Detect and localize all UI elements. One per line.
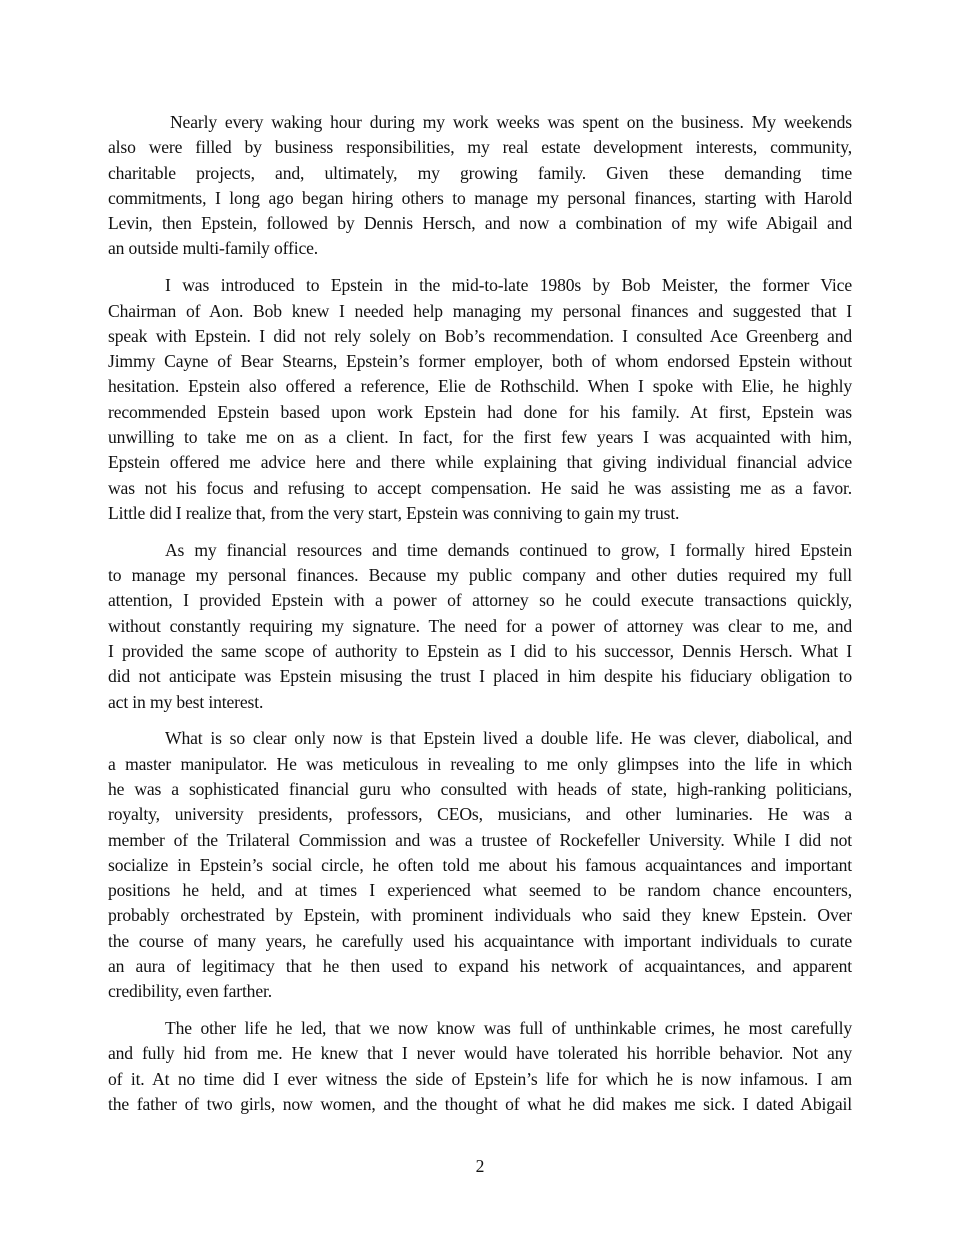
paragraph-line: an aura of legitimacy that he then used … — [108, 954, 852, 979]
paragraph-1: Nearly every waking hour during my work … — [108, 110, 852, 262]
paragraph-line: Nearly every waking hour during my work … — [108, 110, 852, 135]
paragraph-line: did not anticipate was Epstein misusing … — [108, 664, 852, 689]
paragraph-5: The other life he led, that we now know … — [108, 1016, 852, 1117]
paragraph-line: Levin, then Epstein, followed by Dennis … — [108, 211, 852, 236]
paragraph-line: charitable projects, and, ultimately, my… — [108, 161, 852, 186]
paragraph-line: Chairman of Aon. Bob knew I needed help … — [108, 299, 852, 324]
paragraph-line: without constantly requiring my signatur… — [108, 614, 852, 639]
paragraph-line: What is so clear only now is that Epstei… — [108, 726, 852, 751]
paragraph-line: probably orchestrated by Epstein, with p… — [108, 903, 852, 928]
paragraph-line: credibility, even farther. — [108, 979, 852, 1004]
paragraph-line: the father of two girls, now women, and … — [108, 1092, 852, 1117]
paragraph-line: act in my best interest. — [108, 690, 852, 715]
paragraph-line: speak with Epstein. I did not rely solel… — [108, 324, 852, 349]
paragraph-line: an outside multi-family office. — [108, 236, 852, 261]
paragraph-line: and fully hid from me. He knew that I ne… — [108, 1041, 852, 1066]
paragraph-line: I was introduced to Epstein in the mid-t… — [108, 273, 852, 298]
paragraph-line: unwilling to take me on as a client. In … — [108, 425, 852, 450]
paragraph-line: to manage my personal finances. Because … — [108, 563, 852, 588]
paragraph-line: Little did I realize that, from the very… — [108, 501, 852, 526]
paragraph-line: was not his focus and refusing to accept… — [108, 476, 852, 501]
document-page-body: Nearly every waking hour during my work … — [108, 110, 852, 1129]
paragraph-line: commitments, I long ago began hiring oth… — [108, 186, 852, 211]
paragraph-line: the course of many years, he carefully u… — [108, 929, 852, 954]
paragraph-line: hesitation. Epstein also offered a refer… — [108, 374, 852, 399]
paragraph-2: I was introduced to Epstein in the mid-t… — [108, 273, 852, 526]
paragraph-line: royalty, university presidents, professo… — [108, 802, 852, 827]
paragraph-line: recommended Epstein based upon work Epst… — [108, 400, 852, 425]
paragraph-line: socialize in Epstein’s social circle, he… — [108, 853, 852, 878]
paragraph-line: Jimmy Cayne of Bear Stearns, Epstein’s f… — [108, 349, 852, 374]
paragraph-line: he was a sophisticated financial guru wh… — [108, 777, 852, 802]
paragraph-line: member of the Trilateral Commission and … — [108, 828, 852, 853]
paragraph-4: What is so clear only now is that Epstei… — [108, 726, 852, 1004]
paragraph-3: As my financial resources and time deman… — [108, 538, 852, 715]
paragraph-line: I provided the same scope of authority t… — [108, 639, 852, 664]
paragraph-line: positions he held, and at times I experi… — [108, 878, 852, 903]
paragraph-line: As my financial resources and time deman… — [108, 538, 852, 563]
paragraph-line: The other life he led, that we now know … — [108, 1016, 852, 1041]
page-number: 2 — [0, 1154, 960, 1178]
paragraph-line: Epstein offered me advice here and there… — [108, 450, 852, 475]
paragraph-line: of it. At no time did I ever witness the… — [108, 1067, 852, 1092]
paragraph-line: a master manipulator. He was meticulous … — [108, 752, 852, 777]
paragraph-line: also were filled by business responsibil… — [108, 135, 852, 160]
paragraph-line: attention, I provided Epstein with a pow… — [108, 588, 852, 613]
